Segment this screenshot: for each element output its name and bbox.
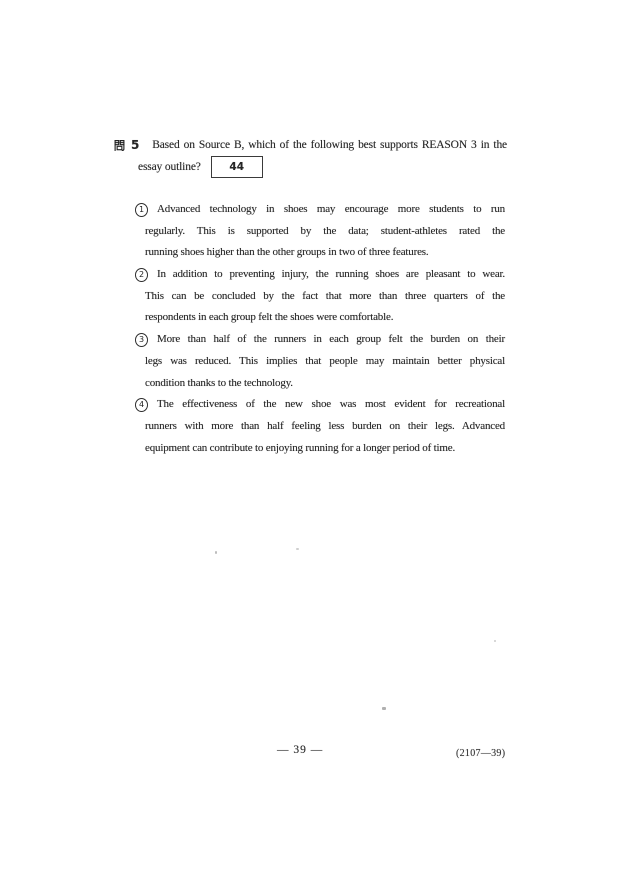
option-2-text: In addition to preventing injury, the ru… — [157, 264, 505, 286]
question-number: 5 — [131, 134, 139, 156]
scan-speck — [215, 551, 217, 554]
option-1: 1 Advanced technology in shoes may encou… — [145, 199, 505, 264]
option-3-line-1: 3 More than half of the runners in each … — [135, 329, 505, 351]
option-1-line-1: 1 Advanced technology in shoes may encou… — [135, 199, 505, 221]
circled-number-2-icon: 2 — [135, 268, 148, 282]
question-text-line1: Based on Source B, which of the followin… — [152, 134, 507, 156]
option-2-line-2: This can be concluded by the fact that m… — [145, 286, 505, 308]
options-list: 1 Advanced technology in shoes may encou… — [145, 199, 505, 459]
option-3-text: More than half of the runners in each gr… — [157, 329, 505, 351]
page-number: — 39 — — [277, 744, 323, 756]
option-3: 3 More than half of the runners in each … — [145, 329, 505, 394]
option-2: 2 In addition to preventing injury, the … — [145, 264, 505, 329]
circled-number-3-icon: 3 — [135, 333, 148, 347]
form-code: (2107—39) — [456, 748, 505, 759]
option-1-line-2: regularly. This is supported by the data… — [145, 221, 505, 243]
mon-kanji-icon: 問 — [113, 138, 126, 152]
option-2-line-1: 2 In addition to preventing injury, the … — [135, 264, 505, 286]
circled-number-4-icon: 4 — [135, 398, 148, 412]
option-4-text: The effectiveness of the new shoe was mo… — [157, 394, 505, 416]
option-2-line-3: respondents in each group felt the shoes… — [145, 307, 505, 329]
mon-kanji-text: 問 — [113, 152, 114, 153]
option-4: 4 The effectiveness of the new shoe was … — [145, 394, 505, 459]
option-1-text: Advanced technology in shoes may encoura… — [157, 199, 505, 221]
question-line-2: essay outline? 44 — [138, 154, 263, 180]
question-line-1: 問 5 Based on Source B, which of the foll… — [113, 134, 507, 156]
option-3-line-2: legs was reduced. This implies that peop… — [145, 351, 505, 373]
scan-speck — [382, 707, 386, 710]
question-number-label: 問 5 — [113, 134, 139, 156]
option-4-line-1: 4 The effectiveness of the new shoe was … — [135, 394, 505, 416]
exam-page: 問 5 Based on Source B, which of the foll… — [0, 0, 620, 876]
scan-speck — [296, 548, 299, 550]
circled-number-1-icon: 1 — [135, 203, 148, 217]
option-4-line-3: equipment can contribute to enjoying run… — [145, 438, 505, 460]
question-text-line2: essay outline? — [138, 161, 201, 173]
scan-speck — [494, 640, 496, 642]
option-1-line-3: running shoes higher than the other grou… — [145, 242, 505, 264]
option-3-line-3: condition thanks to the technology. — [145, 373, 505, 395]
question-header: 問 5 Based on Source B, which of the foll… — [113, 134, 507, 156]
option-4-line-2: runners with more than half feeling less… — [145, 416, 505, 438]
answer-number-box: 44 — [211, 156, 263, 178]
